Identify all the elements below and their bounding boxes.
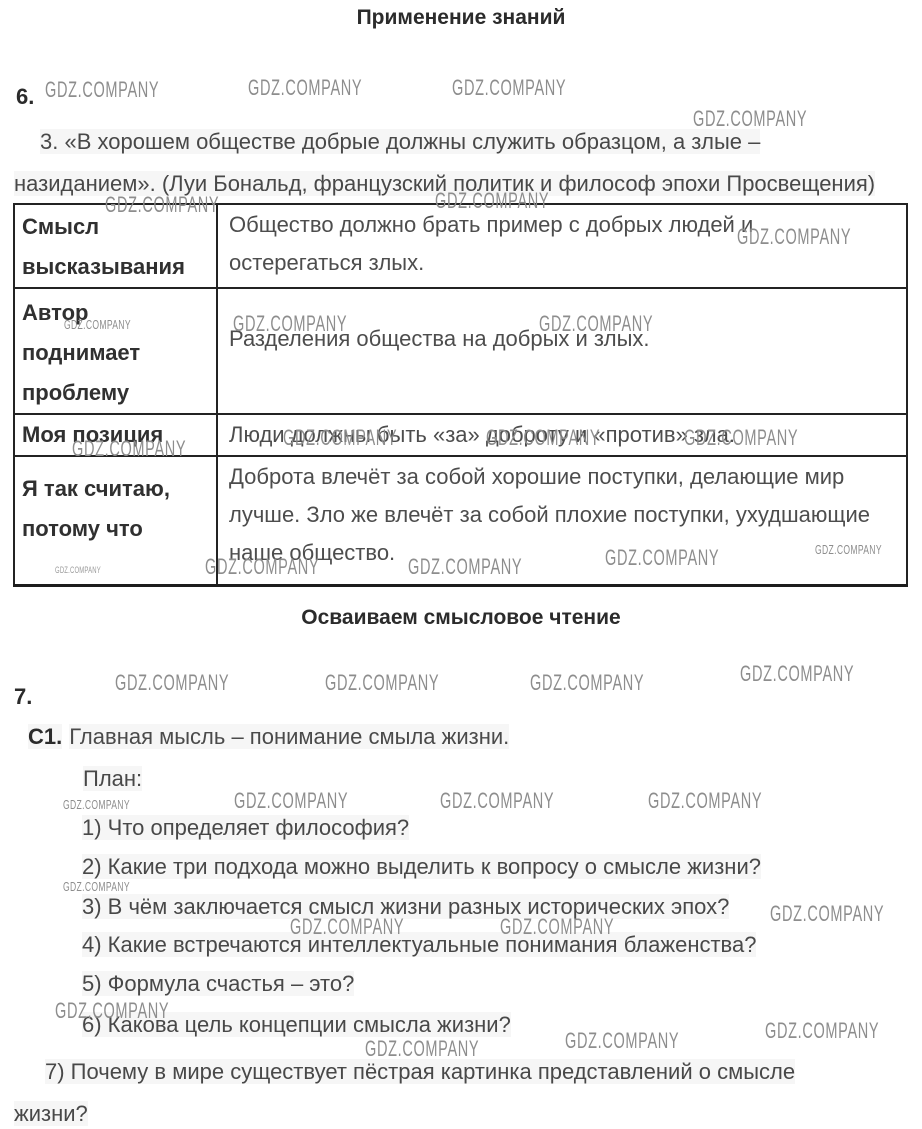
plan-heading: План: bbox=[83, 766, 142, 792]
watermark: GDZ.COMPANY bbox=[737, 226, 851, 248]
table-row-problem: Автор поднимает проблему Разделения обще… bbox=[14, 288, 907, 414]
watermark: GDZ.COMPANY bbox=[770, 903, 884, 925]
plan-item-1: 1) Что определяет философия? bbox=[82, 816, 409, 840]
section-title-semantic-reading: Осваиваем смысловое чтение bbox=[0, 606, 922, 630]
c1-main-idea-text: Главная мысль – понимание смыла жизни. bbox=[69, 724, 509, 749]
watermark: GDZ.COMPANY bbox=[605, 547, 719, 569]
plan-item-7: 7) Почему в мире существует пёстрая карт… bbox=[14, 1051, 909, 1129]
plan-item-4: 4) Какие встречаются интеллектуальные по… bbox=[82, 933, 756, 957]
watermark: GDZ.COMPANY bbox=[55, 566, 101, 575]
question-3-quote-text: 3. «В хорошем обществе добрые должны слу… bbox=[14, 129, 875, 196]
section-title-applying-knowledge: Применение знаний bbox=[0, 6, 922, 30]
watermark: GDZ.COMPANY bbox=[64, 318, 131, 331]
watermark: GDZ.COMPANY bbox=[233, 313, 347, 335]
c1-label: С1. bbox=[28, 724, 62, 749]
watermark: GDZ.COMPANY bbox=[648, 790, 762, 812]
plan-item-4-text: 4) Какие встречаются интеллектуальные по… bbox=[82, 932, 756, 957]
table-label-reasoning: Я так считаю, потому что bbox=[14, 456, 217, 586]
watermark: GDZ.COMPANY bbox=[452, 77, 566, 99]
plan-item-3-text: 3) В чём заключается смысл жизни разных … bbox=[82, 894, 729, 919]
watermark: GDZ.COMPANY bbox=[63, 880, 130, 893]
watermark: GDZ.COMPANY bbox=[72, 438, 186, 460]
watermark: GDZ.COMPANY bbox=[205, 556, 319, 578]
watermark: GDZ.COMPANY bbox=[539, 313, 653, 335]
exercise-number-6: 6. bbox=[16, 84, 34, 110]
plan-item-5: 5) Формула счастья – это? bbox=[82, 972, 354, 996]
watermark: GDZ.COMPANY bbox=[565, 1030, 679, 1052]
table-label-problem: Автор поднимает проблему bbox=[14, 288, 217, 414]
watermark: GDZ.COMPANY bbox=[63, 798, 130, 811]
watermark: GDZ.COMPANY bbox=[500, 916, 614, 938]
watermark: GDZ.COMPANY bbox=[115, 672, 229, 694]
watermark: GDZ.COMPANY bbox=[55, 1000, 169, 1022]
watermark: GDZ.COMPANY bbox=[365, 1038, 479, 1060]
plan-item-3: 3) В чём заключается смысл жизни разных … bbox=[82, 895, 729, 919]
watermark: GDZ.COMPANY bbox=[435, 190, 549, 212]
plan-item-2: 2) Какие три подхода можно выделить к во… bbox=[82, 855, 761, 879]
watermark: GDZ.COMPANY bbox=[290, 916, 404, 938]
exercise-number-7: 7. bbox=[14, 684, 32, 710]
document-page: Применение знаний 6. 3. «В хорошем общес… bbox=[0, 0, 922, 1129]
watermark: GDZ.COMPANY bbox=[740, 663, 854, 685]
plan-item-5-text: 5) Формула счастья – это? bbox=[82, 971, 354, 996]
watermark: GDZ.COMPANY bbox=[486, 427, 600, 449]
watermark: GDZ.COMPANY bbox=[693, 108, 807, 130]
watermark: GDZ.COMPANY bbox=[105, 194, 219, 216]
plan-item-2-text: 2) Какие три подхода можно выделить к во… bbox=[82, 854, 761, 879]
watermark: GDZ.COMPANY bbox=[408, 556, 522, 578]
plan-item-7-text: 7) Почему в мире существует пёстрая карт… bbox=[14, 1059, 795, 1126]
watermark: GDZ.COMPANY bbox=[530, 672, 644, 694]
watermark: GDZ.COMPANY bbox=[283, 427, 397, 449]
watermark: GDZ.COMPANY bbox=[765, 1020, 879, 1042]
watermark: GDZ.COMPANY bbox=[325, 672, 439, 694]
plan-heading-text: План: bbox=[83, 766, 142, 791]
watermark: GDZ.COMPANY bbox=[234, 790, 348, 812]
watermark: GDZ.COMPANY bbox=[684, 427, 798, 449]
table-value-reasoning: Доброта влечёт за собой хорошие поступки… bbox=[217, 456, 907, 586]
watermark: GDZ.COMPANY bbox=[45, 79, 159, 101]
c1-answer-line: С1.Главная мысль – понимание смыла жизни… bbox=[28, 724, 509, 750]
watermark: GDZ.COMPANY bbox=[248, 77, 362, 99]
watermark: GDZ.COMPANY bbox=[440, 790, 554, 812]
answer-table: Смысл высказывания Общество должно брать… bbox=[13, 203, 908, 587]
table-value-problem: Разделения общества на добрых и злых. bbox=[217, 288, 907, 414]
watermark: GDZ.COMPANY bbox=[815, 543, 882, 556]
plan-item-1-text: 1) Что определяет философия? bbox=[82, 815, 409, 840]
